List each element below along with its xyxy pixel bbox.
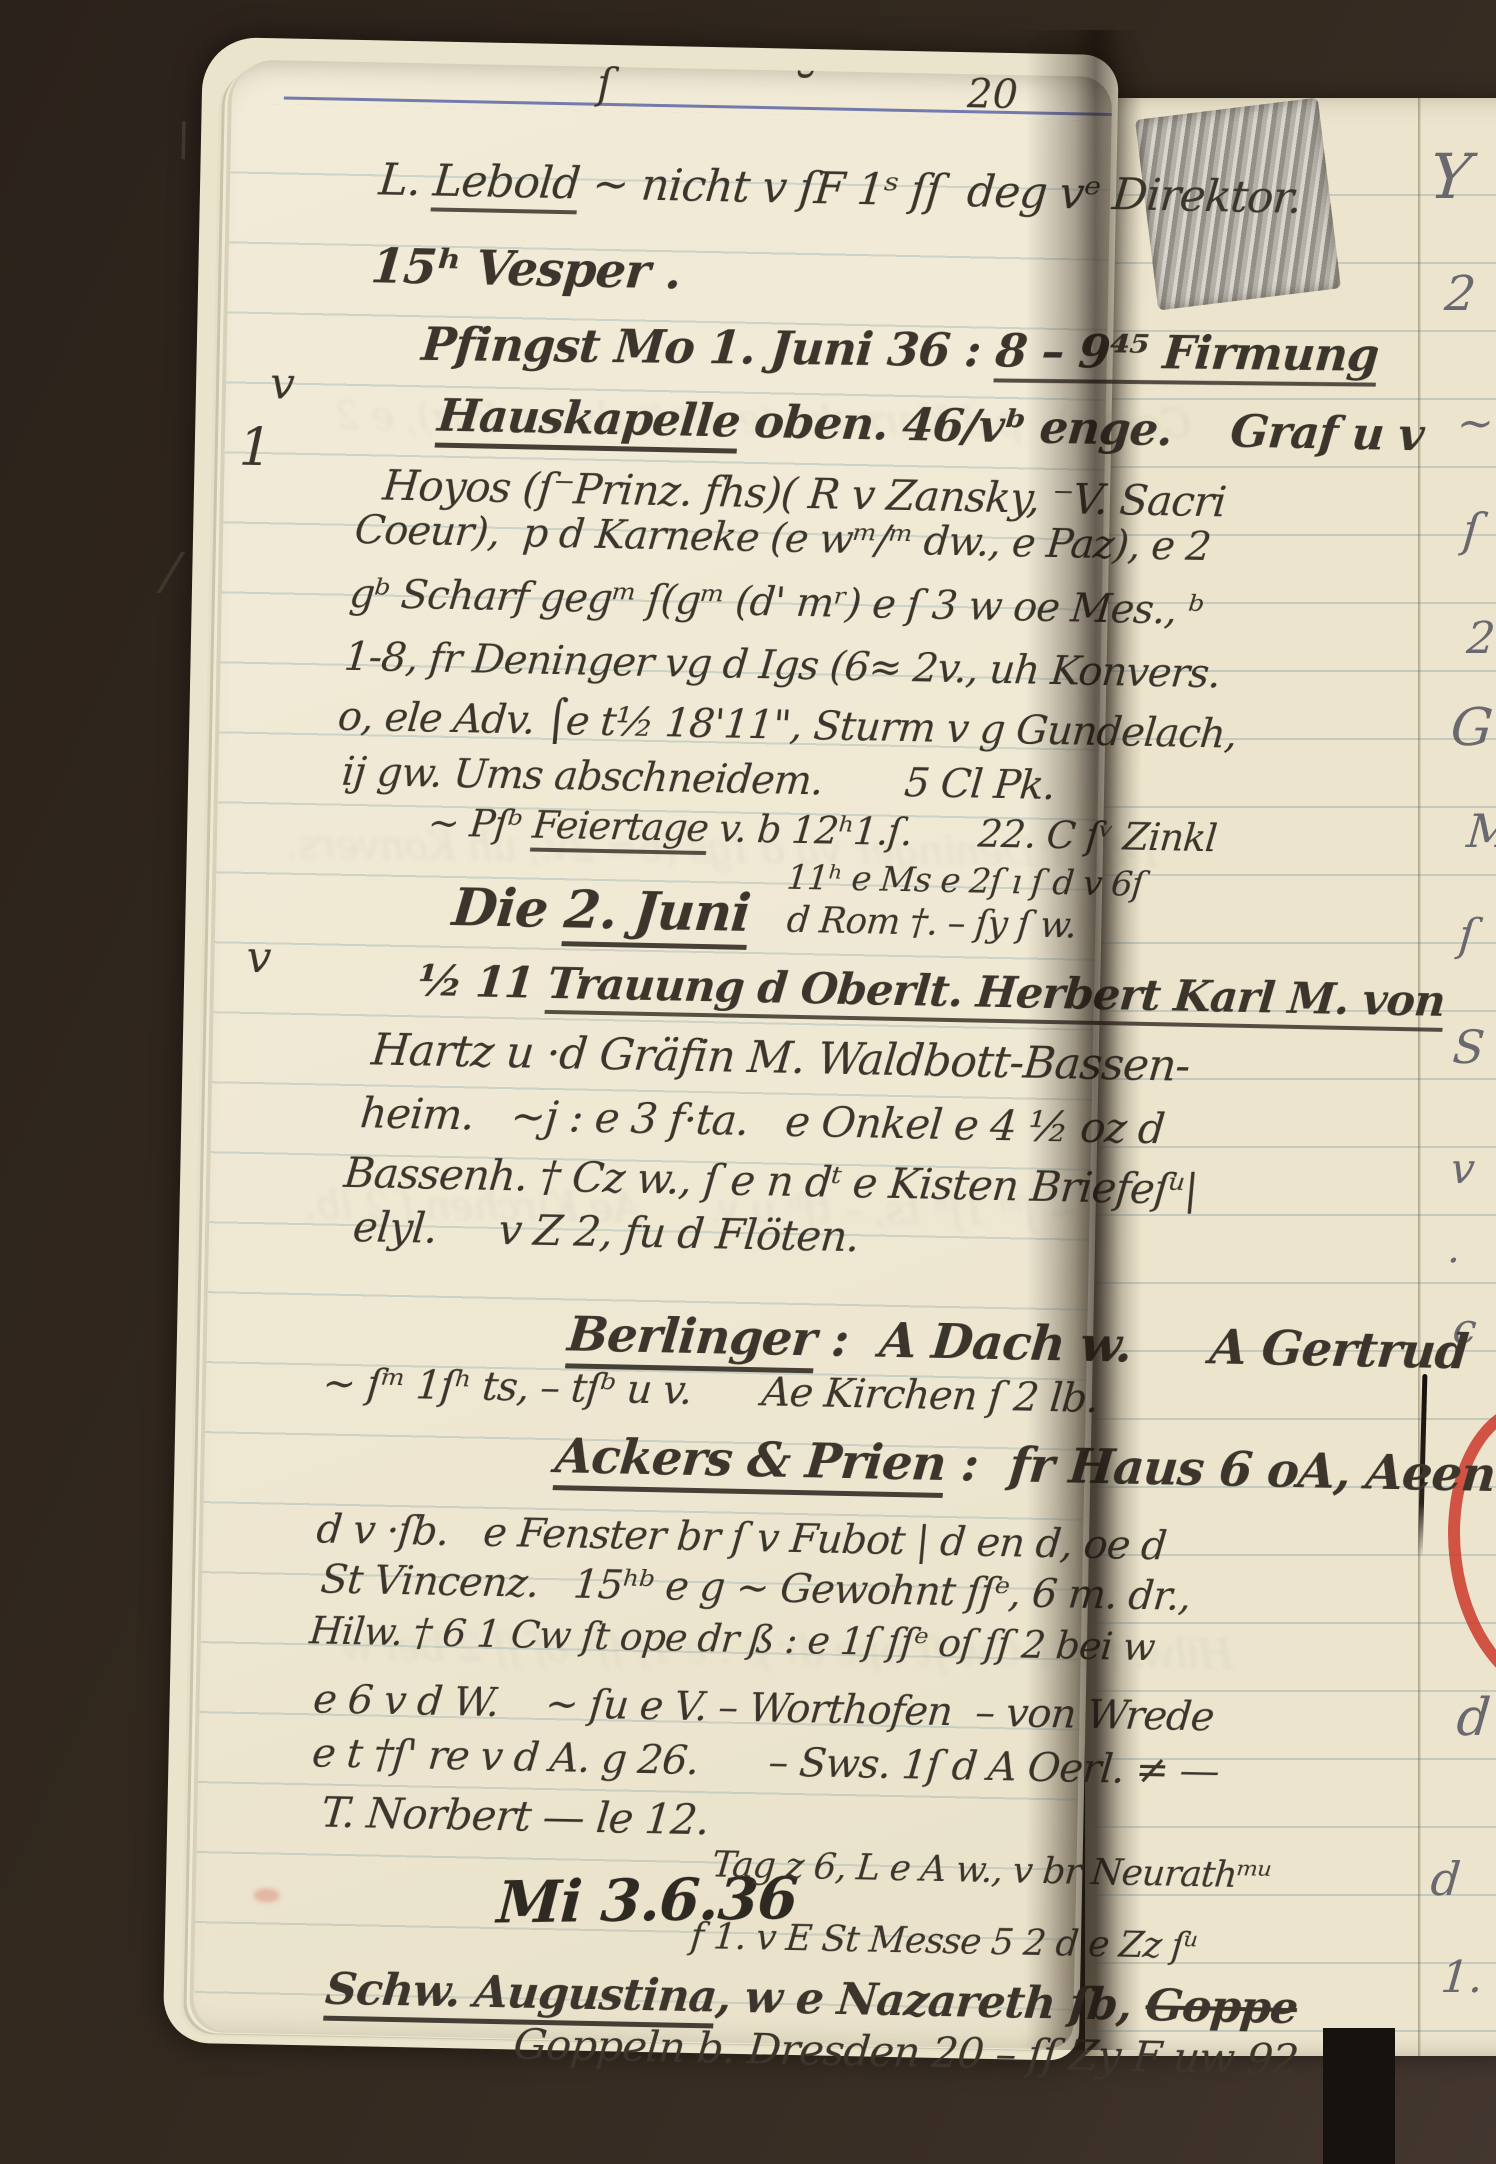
facing-page-text-fragment: G [1448, 698, 1495, 758]
handwriting-line: Goppeln b. Dresden 20 – ſſ Zy F uw 92 [409, 1980, 1303, 2124]
facing-page-text-fragment: Y [1427, 140, 1474, 213]
facing-page-text-fragment: 1. [1439, 1952, 1485, 2003]
red-smudge [254, 1888, 280, 1903]
margin-digit: 1 [238, 422, 272, 475]
notebook-photo: Y 2 ~ ſ 2 G M ſ S v · c d d 1. \ / Coeur… [0, 0, 1496, 2164]
checkmark: v [246, 936, 272, 980]
margin-tick: \ [172, 111, 195, 167]
diary-page: Coeur), p d Karneke (e wᵐ/ᵐ dw., e Paz),… [193, 59, 1133, 2071]
facing-page-text-fragment: v [1449, 1144, 1477, 1193]
facing-page-text-fragment: 2 [1443, 266, 1478, 322]
checkmark: v [270, 362, 296, 406]
diary-sheet: Coeur), p d Karneke (e wᵐ/ᵐ dw., e Paz),… [193, 59, 1112, 2048]
facing-page-text-fragment: 2 [1465, 613, 1496, 664]
facing-page-text-fragment: d [1429, 1852, 1463, 1906]
spine-shadow [1323, 2028, 1395, 2164]
facing-page-text-fragment: M [1465, 804, 1496, 858]
margin-tick: / [160, 541, 182, 602]
facing-page-text-fragment: d [1454, 1688, 1493, 1748]
facing-page-text-fragment: S [1451, 1020, 1487, 1074]
cut-stroke-fragment: ˘ [786, 69, 813, 122]
facing-page-text-fragment: ~ [1455, 398, 1496, 449]
cut-stroke-fragment: 20 [967, 74, 1019, 115]
cut-stroke-fragment: ſ [597, 63, 613, 105]
